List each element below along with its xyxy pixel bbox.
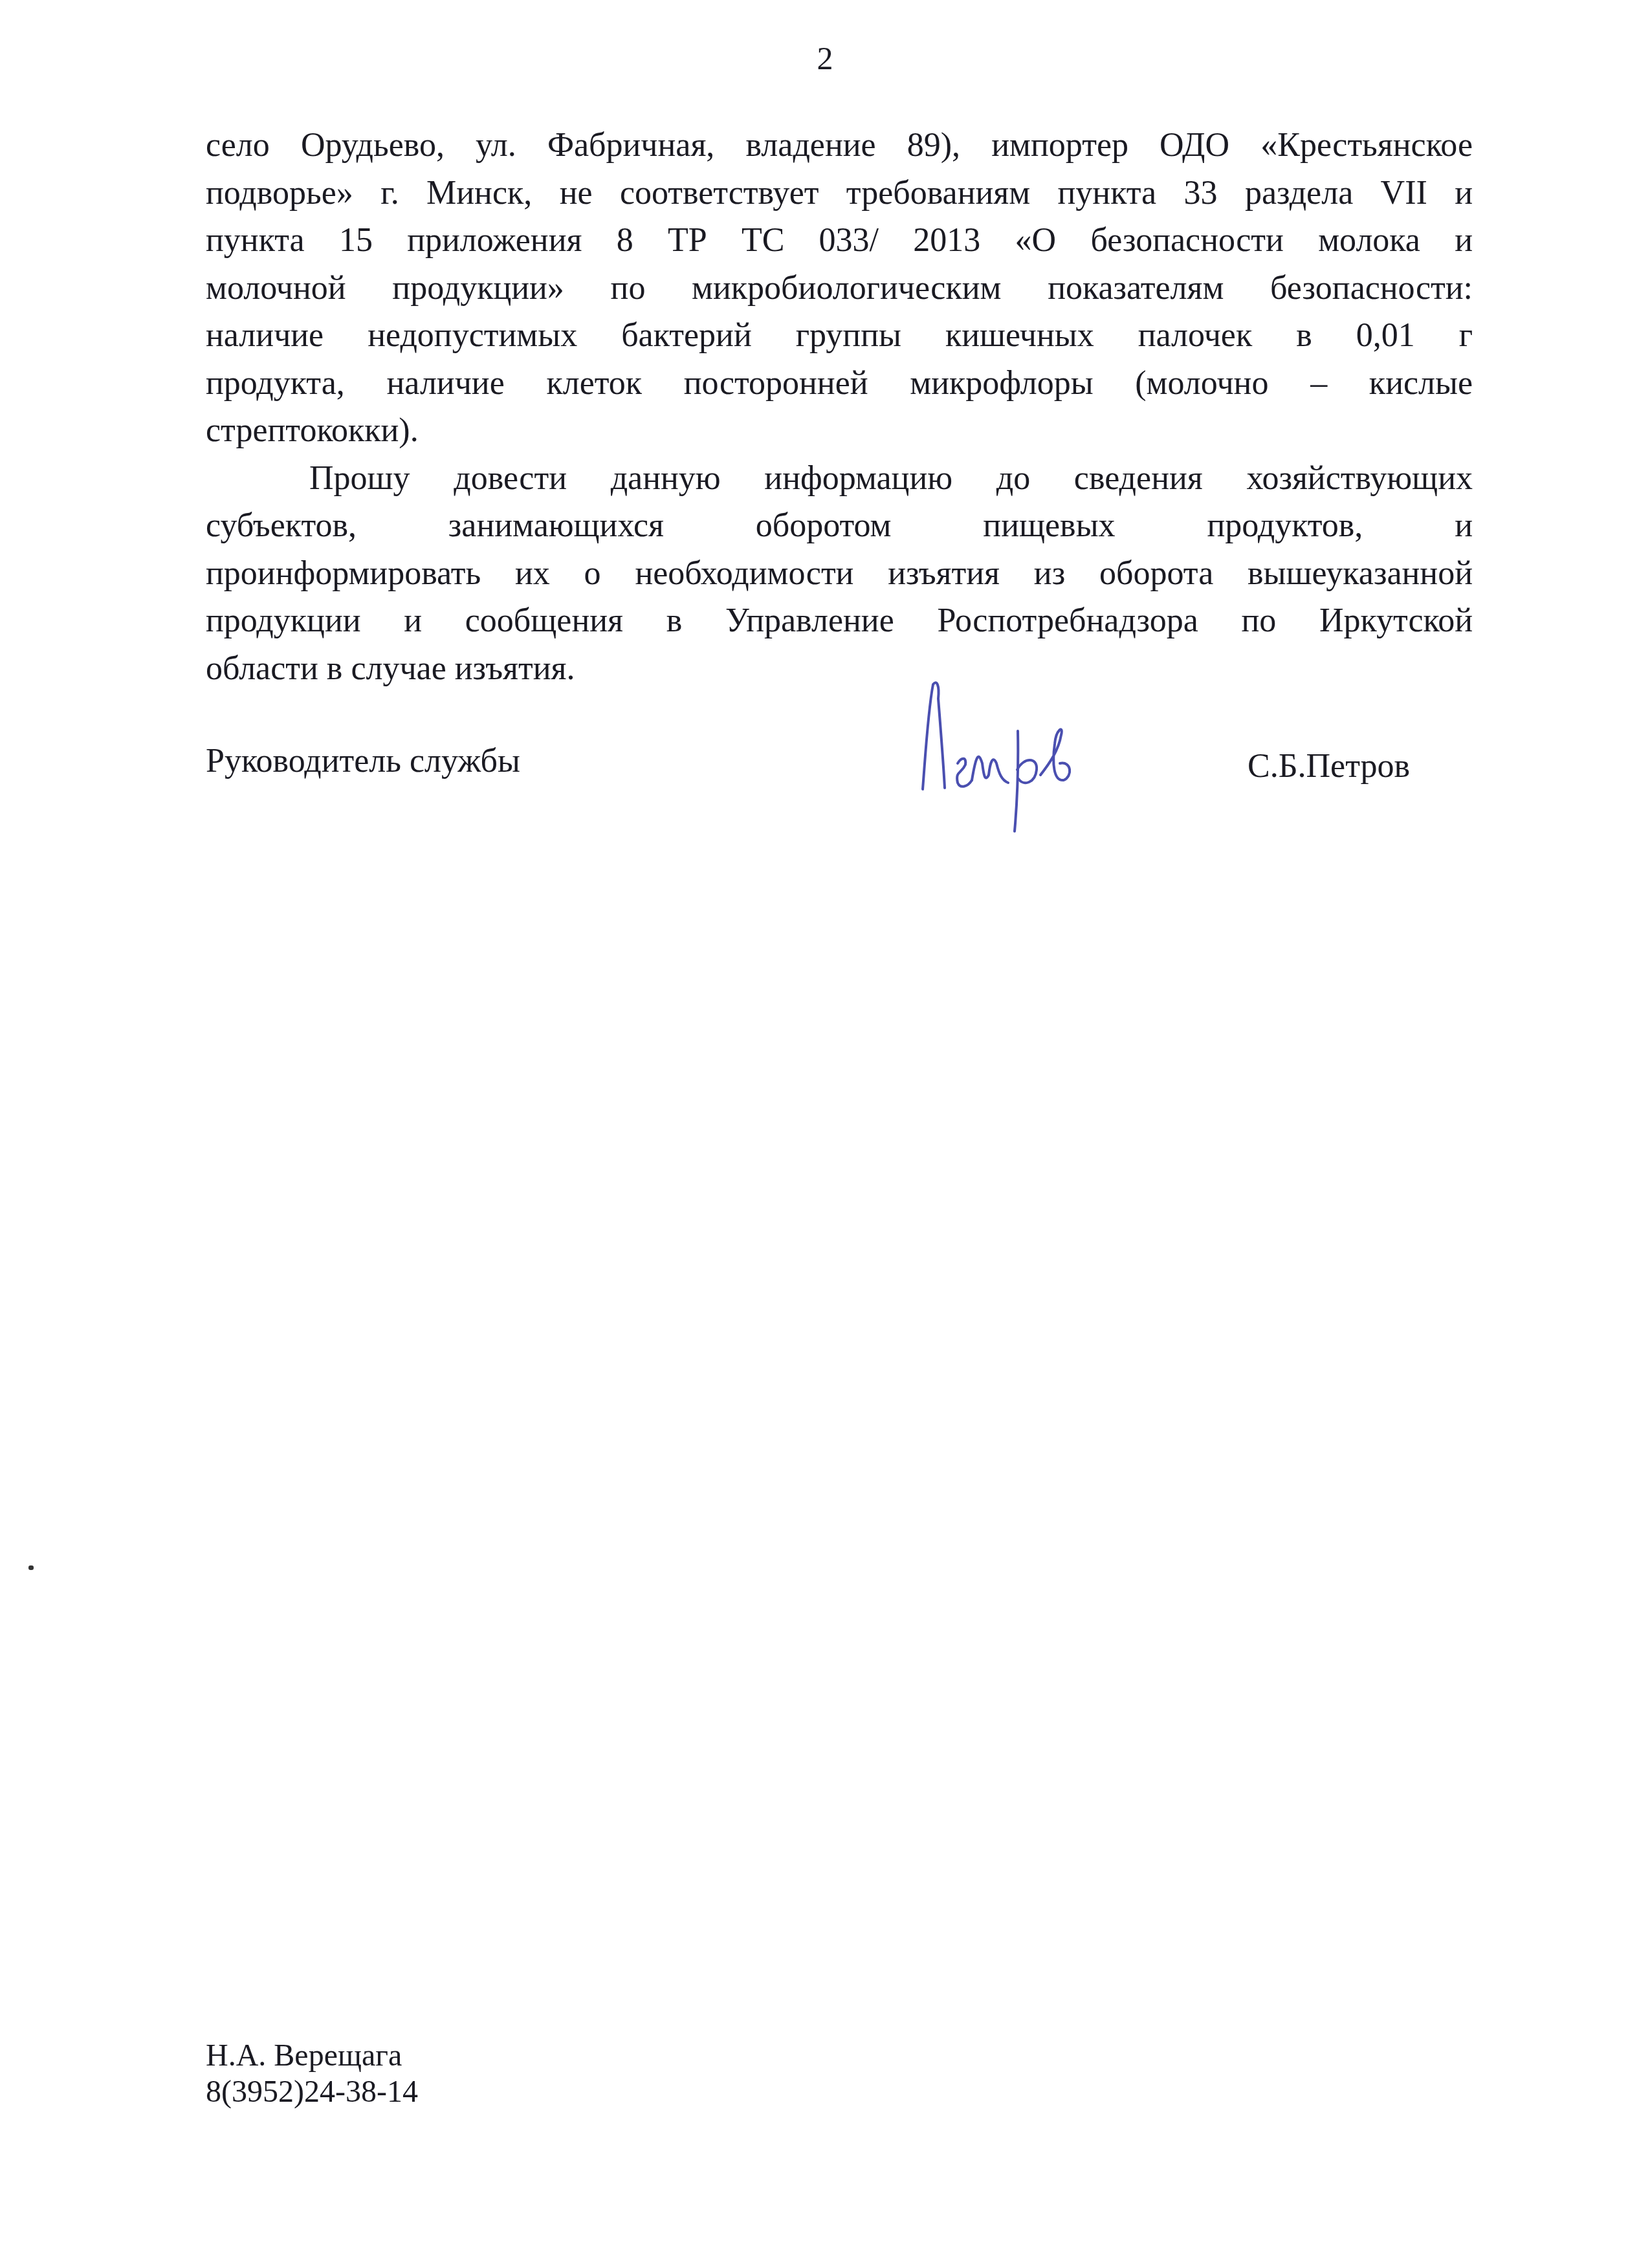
executor-contact: Н.А. Верещага 8(3952)24-38-14	[206, 2038, 418, 2110]
signatory-role: Руководитель службы	[206, 737, 520, 785]
executor-name: Н.А. Верещага	[206, 2038, 418, 2074]
body-line: Прошу довести данную информацию до сведе…	[206, 455, 1473, 503]
body-line: продукта, наличие клеток посторонней мик…	[206, 360, 1473, 408]
body-line: молочной продукции» по микробиологически…	[206, 265, 1473, 312]
signatory-name: С.Б.Петров	[1248, 743, 1410, 790]
body-line: области в случае изъятия.	[206, 645, 1473, 693]
letter-body: село Орудьево, ул. Фабричная, владение 8…	[206, 122, 1473, 692]
paragraph-1: село Орудьево, ул. Фабричная, владение 8…	[206, 122, 1473, 455]
paragraph-2: Прошу довести данную информацию до сведе…	[206, 455, 1473, 693]
handwritten-signature	[885, 660, 1079, 854]
scan-artifact	[28, 1565, 34, 1570]
signature-block: Руководитель службы С.Б.Петров	[206, 737, 1473, 815]
body-line: субъектов, занимающихся оборотом пищевых…	[206, 502, 1473, 550]
body-line: проинформировать их о необходимости изъя…	[206, 550, 1473, 598]
body-line: село Орудьево, ул. Фабричная, владение 8…	[206, 122, 1473, 169]
page-number: 2	[0, 39, 1650, 78]
body-line: продукции и сообщения в Управление Роспо…	[206, 597, 1473, 645]
executor-phone: 8(3952)24-38-14	[206, 2074, 418, 2110]
body-line: подворье» г. Минск, не соответствует тре…	[206, 169, 1473, 217]
body-line: наличие недопустимых бактерий группы киш…	[206, 312, 1473, 360]
body-line: стрептококки).	[206, 407, 1473, 455]
body-line: пункта 15 приложения 8 ТР ТС 033/ 2013 «…	[206, 217, 1473, 265]
